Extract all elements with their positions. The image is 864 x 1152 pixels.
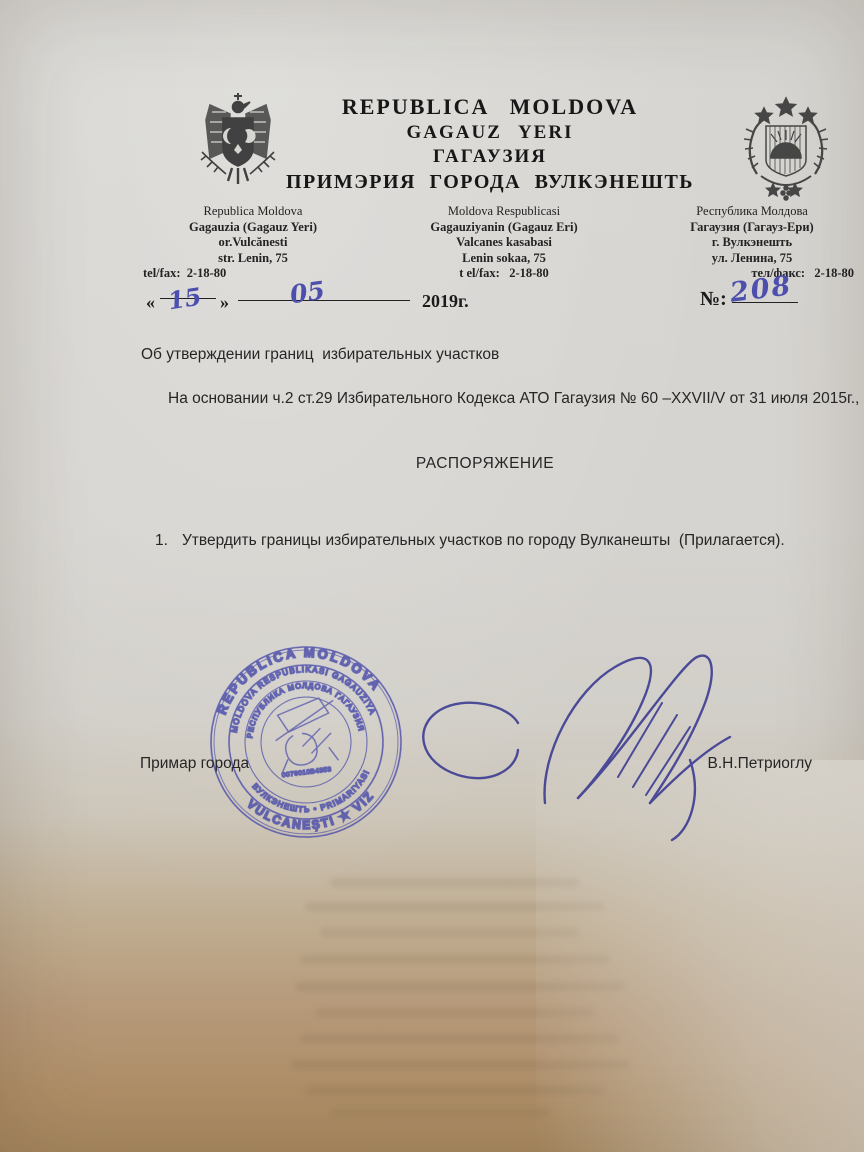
address-line: Lenin sokaa, 75	[394, 251, 614, 267]
ghost-line	[330, 1108, 550, 1117]
signer-title: Примар города	[140, 755, 249, 773]
ghost-line	[305, 1086, 605, 1095]
address-line: Moldova Respublicasi	[394, 204, 614, 220]
order-heading: РАСПОРЯЖЕНИЕ	[0, 455, 864, 473]
address-column-gagauz: Moldova Respublicasi Gagauziyanin (Gagau…	[394, 204, 614, 282]
gagauzia-coat-of-arms-icon	[733, 96, 839, 206]
title-line-primaria: ПРИМЭРИЯ ГОРОДА ВУЛКЭНЕШТЬ	[250, 171, 730, 194]
address-column-romanian: Republica Moldova Gagauzia (Gagauz Yeri)…	[143, 204, 363, 282]
address-line: ул. Ленина, 75	[642, 251, 862, 267]
ghost-line	[300, 955, 610, 964]
moldova-coat-of-arms-icon	[190, 90, 286, 192]
address-line: Республика Молдова	[642, 204, 862, 220]
open-quote: «	[146, 292, 155, 313]
ghost-line	[320, 928, 580, 937]
official-round-stamp: REPUBLICA MOLDOVA VULCANEȘTI ★ VIZ MOLDO…	[195, 631, 418, 854]
document-photo: REPUBLICA MOLDOVA GAGAUZ YERI ГАГАУЗИЯ П…	[0, 0, 864, 1152]
ghost-line	[305, 902, 605, 911]
ghost-line	[330, 878, 580, 887]
ghost-line	[295, 982, 625, 991]
address-line: or.Vulcănesti	[143, 235, 363, 251]
handwritten-day: 15	[166, 282, 204, 316]
item-number: 1.	[155, 532, 168, 549]
address-line: Гагаузия (Гагауз-Ери)	[642, 220, 862, 236]
ghost-line	[300, 1034, 620, 1043]
address-column-russian: Республика Молдова Гагаузия (Гагауз-Ери)…	[642, 204, 862, 282]
address-line: t el/fax: 2-18-80	[394, 266, 614, 282]
address-line: Gagauzia (Gagauz Yeri)	[143, 220, 363, 236]
address-line: Valcanes kasabasi	[394, 235, 614, 251]
handwritten-month: 05	[288, 276, 326, 310]
title-line-republica-moldova: REPUBLICA MOLDOVA	[250, 94, 730, 120]
subject-line: Об утверждении границ избирательных учас…	[141, 346, 499, 364]
letterhead-title: REPUBLICA MOLDOVA GAGAUZ YERI ГАГАУЗИЯ П…	[250, 94, 730, 194]
item-text: Утвердить границы избирательных участков…	[182, 532, 785, 549]
stamp-code-text: 0076010B4353	[281, 766, 332, 779]
ghost-line	[290, 1060, 630, 1069]
address-line: Gagauziyanin (Gagauz Eri)	[394, 220, 614, 236]
signer-name: В.Н.Петриоглу	[708, 755, 813, 773]
order-item-1: 1.Утвердить границы избирательных участк…	[155, 532, 785, 550]
ghost-line	[315, 1008, 595, 1017]
date-number-row: « 15 » 05 2019г. №: 208	[140, 288, 840, 328]
close-quote: »	[220, 292, 229, 313]
title-line-gagauz-yeri: GAGAUZ YERI	[250, 122, 730, 144]
address-line: str. Lenin, 75	[143, 251, 363, 267]
number-label: №:	[700, 288, 727, 311]
handwritten-signature	[390, 635, 750, 850]
legal-basis-line: На основании ч.2 ст.29 Избирательного Ко…	[168, 390, 859, 408]
address-line: г. Вулкэнешть	[642, 235, 862, 251]
address-line: Republica Moldova	[143, 204, 363, 220]
printed-year: 2019г.	[422, 291, 469, 312]
title-line-gagauzia: ГАГАУЗИЯ	[250, 146, 730, 168]
